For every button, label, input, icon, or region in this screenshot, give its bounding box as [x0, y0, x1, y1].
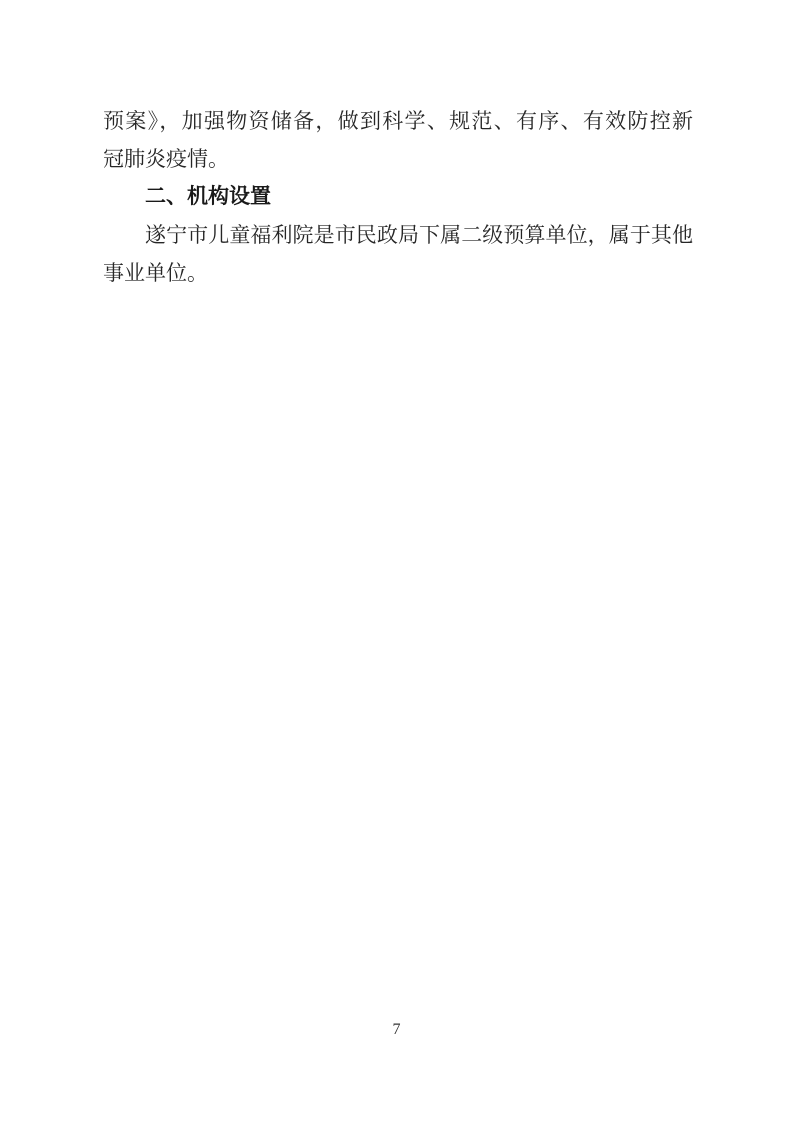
paragraph-continuation-line-1: 预案》，加强物资储备，做到科学、规范、有序、有效防控新: [103, 102, 693, 140]
paragraph-line-2: 事业单位。: [103, 254, 693, 292]
paragraph-continuation-line-2: 冠肺炎疫情。: [103, 140, 693, 178]
section-heading: 二、机构设置: [103, 178, 693, 216]
paragraph-line-1: 遂宁市儿童福利院是市民政局下属二级预算单位，属于其他: [103, 216, 693, 254]
page-number: 7: [0, 1018, 793, 1042]
page-body: 预案》，加强物资储备，做到科学、规范、有序、有效防控新 冠肺炎疫情。 二、机构设…: [103, 102, 693, 292]
document-page: 预案》，加强物资储备，做到科学、规范、有序、有效防控新 冠肺炎疫情。 二、机构设…: [0, 0, 793, 1122]
